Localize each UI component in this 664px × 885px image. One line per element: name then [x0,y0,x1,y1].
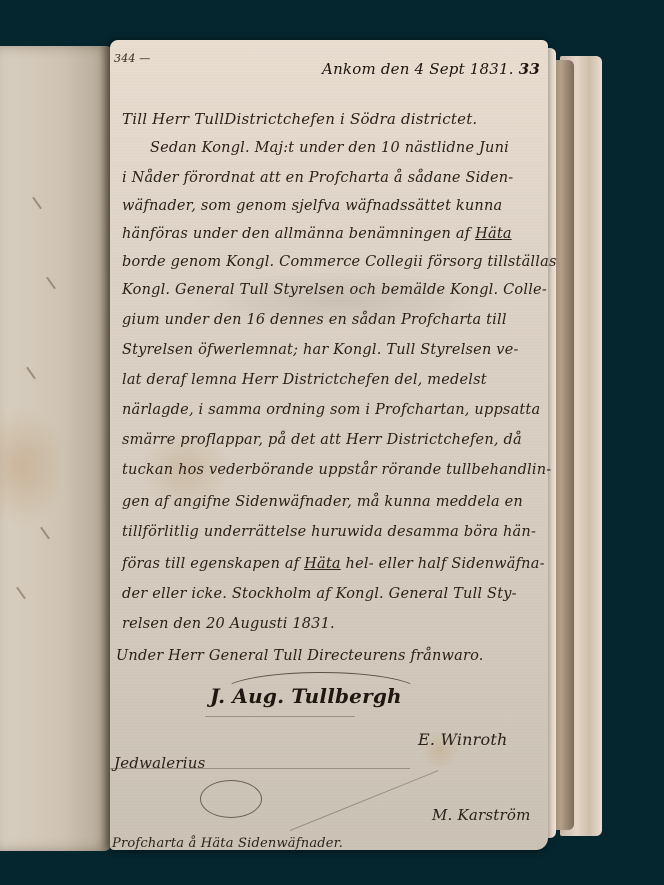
body-line: Sedan Kongl. Maj:t under den 10 nästlidn… [150,140,509,156]
body-line: föras till egenskapen af Häta hel- eller… [122,556,545,572]
underlined-term: Häta [304,556,341,572]
body-line: wäfnader, som genom sjelfva wäfnadssätte… [122,198,502,214]
body-line: lat deraf lemna Herr Districtchefen del,… [122,372,487,388]
body-line: Kongl. General Tull Styrelsen och bemäld… [122,282,547,298]
signature-stroke [290,770,439,831]
body-line: i Nåder förordnat att en Profcharta å så… [122,170,513,186]
signature-secondary-right-1: E. Winroth [418,730,507,749]
signature-primary: J. Aug. Tullbergh [210,684,402,708]
bleed-through-mark [46,277,56,290]
underlined-term: Häta [475,226,512,242]
paper-stain [0,406,70,526]
signature-secondary-right-2: M. Karström [432,806,531,824]
manuscript-page: 344 — Ankom den 4 Sept 1831. 33 Till Her… [110,40,548,850]
body-line: Styrelsen öfwerlemnat; har Kongl. Tull S… [122,342,519,358]
received-date: Ankom den 4 Sept 1831. [322,60,514,78]
page-number: 33 [519,60,540,78]
body-line: hänföras under den allmänna benämningen … [122,226,512,242]
absence-note: Under Herr General Tull Directeurens frå… [116,648,484,664]
body-line-text: hel- eller half Sidenwäfna- [346,556,545,572]
signature-secondary-left: Jedwalerius [114,754,205,772]
body-line: borde genom Kongl. Commerce Collegii för… [122,254,557,270]
bleed-through-mark [26,367,36,380]
body-line-text: hänföras under den allmänna benämningen … [122,226,470,242]
signature-underline [205,716,355,717]
address-line: Till Herr TullDistrictchefen i Södra dis… [122,110,477,128]
body-line: närlagde, i samma ordning som i Profchar… [122,402,540,418]
body-line: gium under den 16 dennes en sådan Profch… [122,312,507,328]
body-line: smärre proflappar, på det att Herr Distr… [122,432,522,448]
bleed-through-mark [16,587,26,600]
body-line: tillförlitlig underrättelse huruwida des… [122,524,536,540]
body-line-text: föras till egenskapen af [122,556,299,572]
bleed-through-mark [32,197,42,210]
body-line: der eller icke. Stockholm af Kongl. Gene… [122,586,517,602]
signature-flourish [200,780,262,818]
ruled-line [110,768,410,769]
body-line: relsen den 20 Augusti 1831. [122,616,335,632]
received-date-header: Ankom den 4 Sept 1831. 33 [322,60,540,78]
left-page [0,46,112,851]
bleed-through-mark [40,527,50,540]
footer-note: Profcharta å Häta Sidenwäfnader. [112,836,343,851]
body-line: gen af angifne Sidenwäfnader, må kunna m… [122,494,523,510]
body-line: tuckan hos vederbörande uppstår rörande … [122,462,551,478]
folio-mark: 344 — [114,52,151,65]
